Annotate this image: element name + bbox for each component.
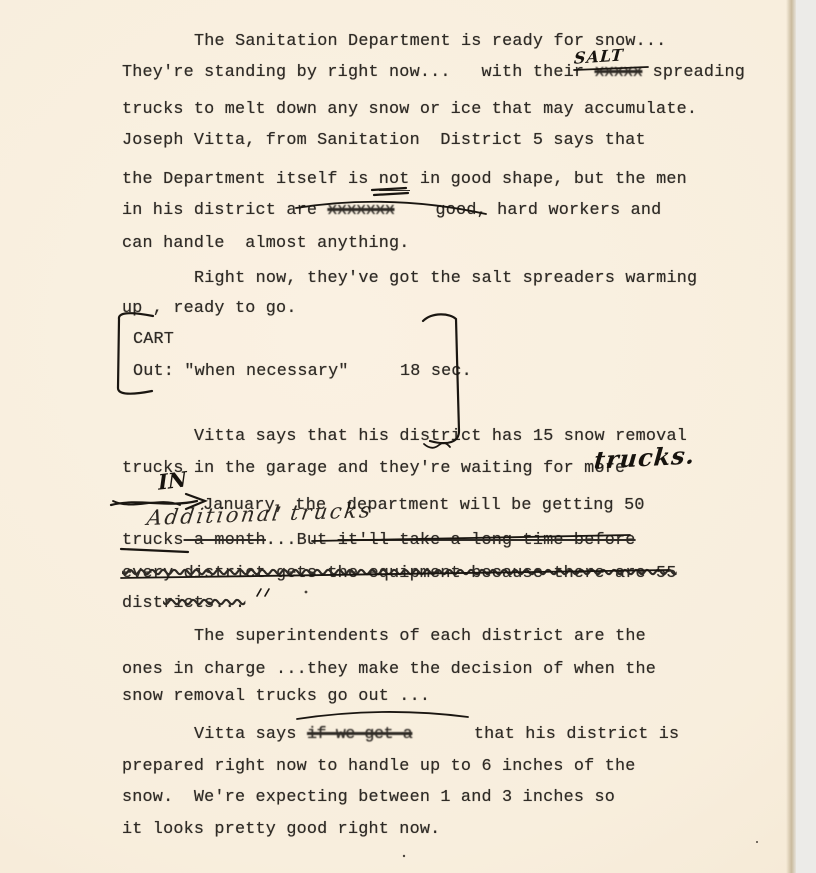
line15-text: dist (122, 594, 163, 613)
typed-line-9: up , ready to go. (122, 298, 297, 320)
struck-itll-take: it'll take a long time before (338, 531, 636, 550)
handwritten-trucks: trucks. (593, 440, 697, 474)
typed-line-5: the Department itself is not in good sha… (122, 169, 687, 191)
handwritten-additional-trucks: Additional trucks (145, 498, 374, 530)
struck-if-we-get: if we get a (307, 725, 412, 744)
cart-out-cue: Out: "when necessary" 18 sec. (133, 361, 472, 383)
line13-text: ...But (266, 531, 338, 550)
typed-line-2: They're standing by right now... with th… (122, 62, 745, 84)
line19-text: Vitta says (194, 725, 307, 744)
overtyped-scribble-word: xxxxxxx (327, 201, 394, 220)
struck-every-district: every district gets the equipment becaus… (122, 564, 677, 583)
line5-text: the Department itself is (122, 170, 379, 189)
typed-line-11: trucks in the garage and they're waiting… (122, 458, 625, 480)
typed-line-15: districts... (122, 593, 245, 615)
typed-line-8: Right now, they've got the salt spreader… (194, 268, 697, 290)
struck-a-month: a month (184, 531, 266, 550)
typed-line-16: The superintendents of each district are… (194, 626, 646, 648)
typed-line-7: can handle almost anything. (122, 233, 410, 255)
typed-line-6: in his district are xxxxxxx good, hard w… (122, 200, 661, 222)
cart-cue-label: CART (133, 329, 174, 351)
scanned-script-page: The Sanitation Department is ready for s… (0, 0, 816, 873)
typed-line-4: Joseph Vitta, from Sanitation District 5… (122, 130, 646, 152)
paper-sheet: The Sanitation Department is ready for s… (0, 0, 792, 873)
line6-text: in his district are (122, 201, 327, 220)
overtyped-scribble-salt-word: xxxxx (594, 63, 642, 82)
typed-line-17: ones in charge ...they make the decision… (122, 659, 656, 681)
handwritten-in: IN (157, 466, 187, 495)
typed-line-13: trucks a month...But it'll take a long t… (122, 530, 636, 552)
typed-line-22: it looks pretty good right now. (122, 819, 440, 841)
line5-text-after: in good shape, but the men (410, 170, 687, 189)
underlined-trucks: trucks (122, 531, 184, 550)
typed-line-18: snow removal trucks go out ... (122, 686, 430, 708)
struck-ricts: ricts... (163, 594, 245, 613)
line6-text-after: good, hard workers and (394, 201, 661, 220)
underlined-not: not (379, 170, 410, 191)
scan-paper-edge (786, 0, 796, 873)
typed-line-14: every district gets the equipment becaus… (122, 563, 677, 585)
line2-text-after: spreading (642, 63, 745, 82)
typed-line-19: Vitta says if we get a that his district… (194, 724, 679, 746)
handwritten-salt: SALT (573, 45, 624, 68)
typed-line-3: trucks to melt down any snow or ice that… (122, 99, 697, 121)
typed-line-20: prepared right now to handle up to 6 inc… (122, 756, 636, 778)
line2-text: They're standing by right now... with th… (122, 63, 594, 82)
line19-text-after: that his district is (412, 725, 679, 744)
typed-line-21: snow. We're expecting between 1 and 3 in… (122, 787, 615, 809)
